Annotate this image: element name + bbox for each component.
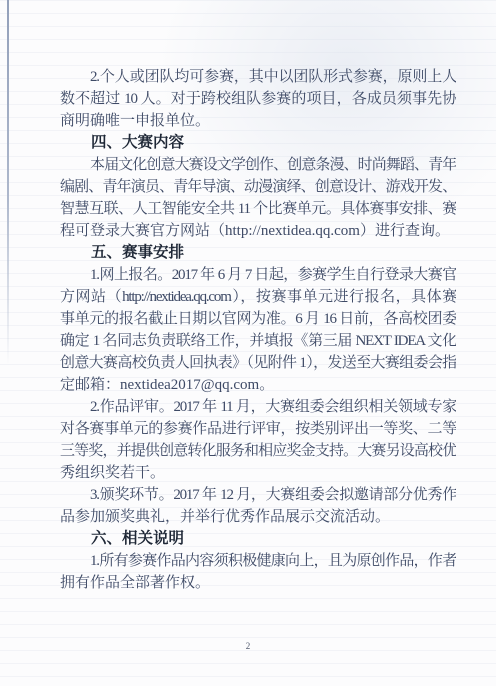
- text-line: 拥有作品全部著作权。: [60, 572, 456, 594]
- page-number: 2: [0, 641, 496, 651]
- section-heading: 四、大赛内容: [60, 132, 456, 154]
- text-line: 程可登录大赛官方网站（http://nextidea.qq.com）进行查询。: [60, 220, 456, 242]
- text-line: 确定 1 名同志负责联络工作，并填报《第三届 NEXT IDEA 文化: [60, 330, 456, 352]
- text-line: 编剧、青年演员、青年导演、动漫演绎、创意设计、游戏开发、: [60, 176, 456, 198]
- text-line: 对各赛事单元的参赛作品进行评审，按类别评出一等奖、二等奖、: [60, 418, 456, 440]
- text-line: 1.所有参赛作品内容须积极健康向上，且为原创作品，作者: [60, 550, 456, 572]
- text-line: 创意大赛高校负责人回执表》（见附件 1），发送至大赛组委会指: [60, 352, 456, 374]
- document-body: 2.个人或团队均可参赛，其中以团队形式参赛，原则上人 数不超过 10 人。对于跨…: [60, 66, 456, 594]
- text-line: 三等奖，并提供创意转化服务和相应奖金支持。大赛另设高校优: [60, 440, 456, 462]
- text-line: 2.个人或团队均可参赛，其中以团队形式参赛，原则上人: [60, 66, 456, 88]
- text-line: 商明确唯一申报单位。: [60, 110, 456, 132]
- text-line: 方网站（http://nextidea.qq.com），按赛事单元进行报名，具体…: [60, 286, 456, 308]
- text-line: 3.颁奖环节。2017 年 12 月，大赛组委会拟邀请部分优秀作: [60, 484, 456, 506]
- text-line: 品参加颁奖典礼，并举行优秀作品展示交流活动。: [60, 506, 456, 528]
- document-page: 2.个人或团队均可参赛，其中以团队形式参赛，原则上人 数不超过 10 人。对于跨…: [0, 0, 496, 686]
- text-line: 秀组织奖若干。: [60, 462, 456, 484]
- text-line: 事单元的报名截止日期以官网为准。6 月 16 日前，各高校团委: [60, 308, 456, 330]
- text-line: 本届文化创意大赛设文学创作、创意条漫、时尚舞蹈、青年: [60, 154, 456, 176]
- section-heading: 五、赛事安排: [60, 242, 456, 264]
- text-line: 2.作品评审。2017 年 11 月，大赛组委会组织相关领域专家: [60, 396, 456, 418]
- text-line: 1.网上报名。2017 年 6 月 7 日起，参赛学生自行登录大赛官: [60, 264, 456, 286]
- section-heading: 六、相关说明: [60, 528, 456, 550]
- scan-artifact-line: [7, 0, 9, 365]
- text-line: 定邮箱：nextidea2017@qq.com。: [60, 374, 456, 396]
- text-line: 智慧互联、人工智能安全共 11 个比赛单元。具体赛事安排、赛: [60, 198, 456, 220]
- text-line: 数不超过 10 人。对于跨校组队参赛的项目，各成员须事先协: [60, 88, 456, 110]
